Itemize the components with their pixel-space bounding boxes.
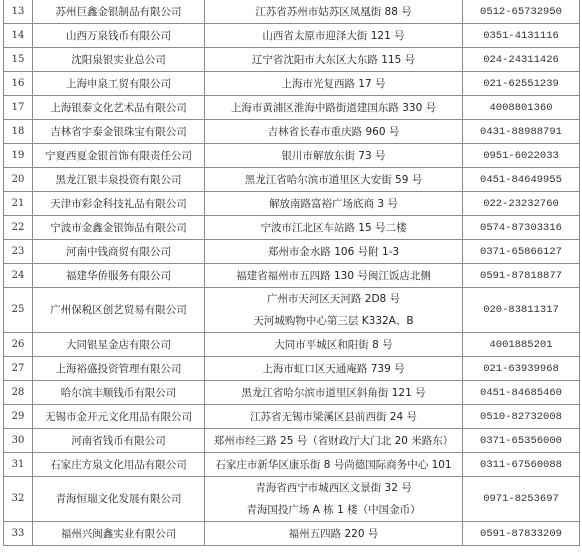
table-row: 17 上海银泰文化艺术品有限公司 上海市黄浦区淮海中路街道建国东路 330 号 …	[4, 96, 580, 120]
address-line-2: 青海国投广场 A 栋 1 楼（中国金币）	[207, 503, 460, 517]
phone-number: 0971-8253697	[463, 477, 580, 522]
table-row: 30 河南省钱币有限公司 郑州市经三路 25 号（省财政厅大门北 20 米路东）…	[4, 429, 580, 453]
address: 福建省福州市五四路 130 号闽江饭店北侧	[205, 264, 463, 288]
company-name: 黑龙江银丰泉投资有限公司	[33, 168, 205, 192]
company-name: 上海申泉工贸有限公司	[33, 72, 205, 96]
address: 江苏省无锡市梁溪区县前西街 24 号	[205, 405, 463, 429]
phone-number: 0574-87303316	[463, 216, 580, 240]
company-name: 石家庄方泉文化用品有限公司	[33, 453, 205, 477]
company-name: 上海银泰文化艺术品有限公司	[33, 96, 205, 120]
address: 吉林省长春市重庆路 960 号	[205, 120, 463, 144]
table-row: 25 广州保税区创艺贸易有限公司 广州市天河区天河路 2D8 号 天河城购物中心…	[4, 288, 580, 333]
address-line-1: 广州市天河区天河路 2D8 号	[207, 292, 460, 306]
company-name: 上海裕盛投资管理有限公司	[33, 357, 205, 381]
address: 福州五四路 220 号	[205, 522, 463, 546]
phone-number: 0371-65866127	[463, 240, 580, 264]
table-row: 32 青海恒瑞文化发展有限公司 青海省西宁市城西区文景街 32 号 青海国投广场…	[4, 477, 580, 522]
company-name: 宁夏西夏金银首饰有限责任公司	[33, 144, 205, 168]
row-number: 25	[4, 288, 33, 333]
row-number: 29	[4, 405, 33, 429]
address: 上海市黄浦区淮海中路街道建国东路 330 号	[205, 96, 463, 120]
phone-number: 0451-84649955	[463, 168, 580, 192]
phone-number: 0351-4131116	[463, 24, 580, 48]
company-name: 沈阳泉银实业总公司	[33, 48, 205, 72]
row-number: 14	[4, 24, 33, 48]
address: 辽宁省沈阳市大东区大东路 115 号	[205, 48, 463, 72]
phone-number: 0512-65732950	[463, 0, 580, 24]
row-number: 22	[4, 216, 33, 240]
phone-number: 024-24311426	[463, 48, 580, 72]
phone-number: 022-23232760	[463, 192, 580, 216]
phone-number: 0451-84685460	[463, 381, 580, 405]
row-number: 30	[4, 429, 33, 453]
company-name: 宁波市金鑫金银饰品有限公司	[33, 216, 205, 240]
company-name: 吉林省宇泰金银珠宝有限公司	[33, 120, 205, 144]
table-row: 14 山西万泉钱币有限公司 山西省太原市迎泽大街 121 号 0351-4131…	[4, 24, 580, 48]
row-number: 24	[4, 264, 33, 288]
phone-number: 0951-6022033	[463, 144, 580, 168]
table-row: 26 大同银星金店有限公司 大同市平城区和阳街 8 号 4001885201	[4, 333, 580, 357]
address: 解放南路富裕广场底商 3 号	[205, 192, 463, 216]
table-row: 23 河南中钱商贸有限公司 郑州市金水路 106 号附 1-3 0371-658…	[4, 240, 580, 264]
company-name: 哈尔滨丰顺钱币有限公司	[33, 381, 205, 405]
company-name: 青海恒瑞文化发展有限公司	[33, 477, 205, 522]
table-row: 18 吉林省宇泰金银珠宝有限公司 吉林省长春市重庆路 960 号 0431-88…	[4, 120, 580, 144]
address: 青海省西宁市城西区文景街 32 号 青海国投广场 A 栋 1 楼（中国金币）	[205, 477, 463, 522]
row-number: 21	[4, 192, 33, 216]
address: 郑州市金水路 106 号附 1-3	[205, 240, 463, 264]
company-name: 广州保税区创艺贸易有限公司	[33, 288, 205, 333]
company-name: 大同银星金店有限公司	[33, 333, 205, 357]
phone-number: 4001885201	[463, 333, 580, 357]
row-number: 27	[4, 357, 33, 381]
table-row: 27 上海裕盛投资管理有限公司 上海市虹口区天通庵路 739 号 021-639…	[4, 357, 580, 381]
table-row: 28 哈尔滨丰顺钱币有限公司 黑龙江省哈尔滨市道里区斜角街 121 号 0451…	[4, 381, 580, 405]
table-row: 29 无锡市金开元文化用品有限公司 江苏省无锡市梁溪区县前西街 24 号 051…	[4, 405, 580, 429]
company-name: 山西万泉钱币有限公司	[33, 24, 205, 48]
phone-number: 0591-87818877	[463, 264, 580, 288]
address: 上海市光复西路 17 号	[205, 72, 463, 96]
row-number: 26	[4, 333, 33, 357]
address: 石家庄市新华区康乐街 8 号尚德国际商务中心 101	[205, 453, 463, 477]
address: 郑州市经三路 25 号（省财政厅大门北 20 米路东）	[205, 429, 463, 453]
address: 广州市天河区天河路 2D8 号 天河城购物中心第三层 K332A、B	[205, 288, 463, 333]
phone-number: 021-62551239	[463, 72, 580, 96]
row-number: 31	[4, 453, 33, 477]
row-number: 32	[4, 477, 33, 522]
address: 上海市虹口区天通庵路 739 号	[205, 357, 463, 381]
phone-number: 0591-87833209	[463, 522, 580, 546]
table-row: 33 福州兴闽鑫实业有限公司 福州五四路 220 号 0591-87833209	[4, 522, 580, 546]
company-name: 河南中钱商贸有限公司	[33, 240, 205, 264]
table-row: 31 石家庄方泉文化用品有限公司 石家庄市新华区康乐街 8 号尚德国际商务中心 …	[4, 453, 580, 477]
table-row: 21 天津市彩金科技礼品有限公司 解放南路富裕广场底商 3 号 022-2323…	[4, 192, 580, 216]
company-name: 河南省钱币有限公司	[33, 429, 205, 453]
row-number: 23	[4, 240, 33, 264]
company-name: 无锡市金开元文化用品有限公司	[33, 405, 205, 429]
phone-number: 0510-82732008	[463, 405, 580, 429]
phone-number: 0311-67560088	[463, 453, 580, 477]
row-number: 18	[4, 120, 33, 144]
company-name: 苏州巨鑫金银制品有限公司	[33, 0, 205, 24]
phone-number: 020-83811317	[463, 288, 580, 333]
table-row: 24 福建华侨服务有限公司 福建省福州市五四路 130 号闽江饭店北侧 0591…	[4, 264, 580, 288]
company-name: 福州兴闽鑫实业有限公司	[33, 522, 205, 546]
phone-number: 0431-88988791	[463, 120, 580, 144]
address-line-1: 青海省西宁市城西区文景街 32 号	[207, 481, 460, 495]
table-row: 19 宁夏西夏金银首饰有限责任公司 银川市解放东街 73 号 0951-6022…	[4, 144, 580, 168]
company-name: 天津市彩金科技礼品有限公司	[33, 192, 205, 216]
row-number: 15	[4, 48, 33, 72]
table-row: 13 苏州巨鑫金银制品有限公司 江苏省苏州市姑苏区凤凰街 88 号 0512-6…	[4, 0, 580, 24]
row-number: 20	[4, 168, 33, 192]
row-number: 17	[4, 96, 33, 120]
row-number: 16	[4, 72, 33, 96]
table-row: 15 沈阳泉银实业总公司 辽宁省沈阳市大东区大东路 115 号 024-2431…	[4, 48, 580, 72]
phone-number: 0371-65356000	[463, 429, 580, 453]
row-number: 33	[4, 522, 33, 546]
address: 山西省太原市迎泽大街 121 号	[205, 24, 463, 48]
company-name: 福建华侨服务有限公司	[33, 264, 205, 288]
phone-number: 4008801360	[463, 96, 580, 120]
phone-number: 021-63939968	[463, 357, 580, 381]
address: 黑龙江省哈尔滨市道里区斜角街 121 号	[205, 381, 463, 405]
table-row: 16 上海申泉工贸有限公司 上海市光复西路 17 号 021-62551239	[4, 72, 580, 96]
address: 黑龙江省哈尔滨市道里区大安街 59 号	[205, 168, 463, 192]
address: 大同市平城区和阳街 8 号	[205, 333, 463, 357]
dealer-table: 13 苏州巨鑫金银制品有限公司 江苏省苏州市姑苏区凤凰街 88 号 0512-6…	[3, 0, 580, 546]
row-number: 28	[4, 381, 33, 405]
address: 银川市解放东街 73 号	[205, 144, 463, 168]
table-row: 22 宁波市金鑫金银饰品有限公司 宁波市江北区车站路 15 号二楼 0574-8…	[4, 216, 580, 240]
table-row: 20 黑龙江银丰泉投资有限公司 黑龙江省哈尔滨市道里区大安街 59 号 0451…	[4, 168, 580, 192]
row-number: 19	[4, 144, 33, 168]
row-number: 13	[4, 0, 33, 24]
address: 江苏省苏州市姑苏区凤凰街 88 号	[205, 0, 463, 24]
address-line-2: 天河城购物中心第三层 K332A、B	[207, 314, 460, 328]
address: 宁波市江北区车站路 15 号二楼	[205, 216, 463, 240]
